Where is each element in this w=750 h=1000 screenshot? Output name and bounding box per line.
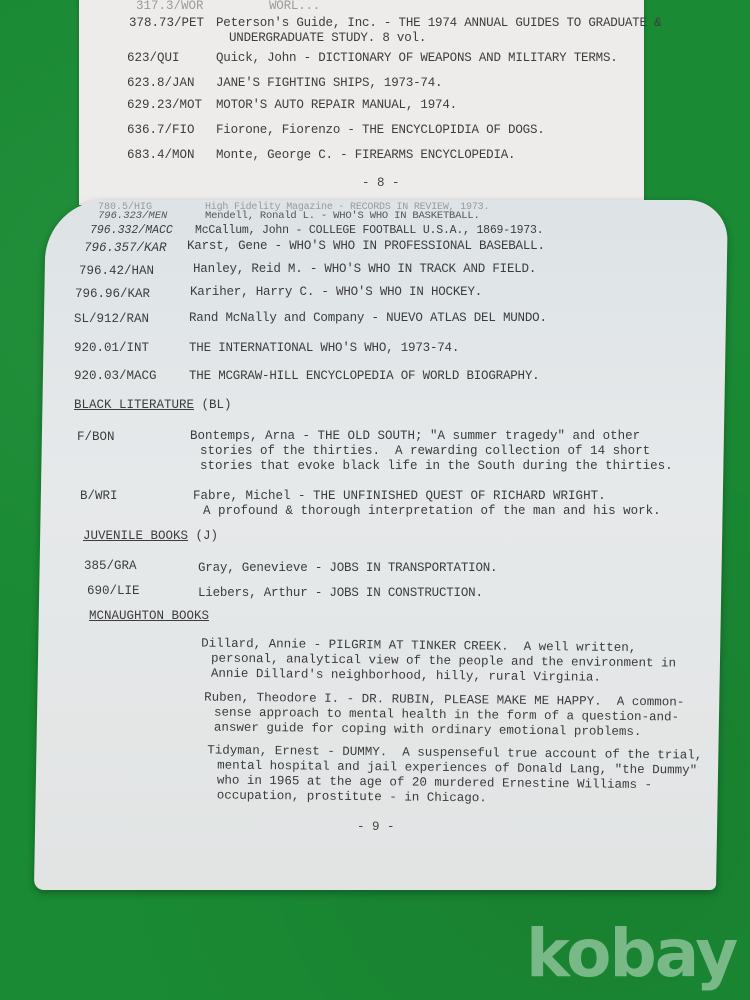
entry-text: Karst, Gene - WHO'S WHO IN PROFESSIONAL … xyxy=(187,239,545,253)
entry-text: Mendell, Ronald L. - WHO'S WHO IN BASKET… xyxy=(205,210,480,222)
call-number: 623.8/JAN xyxy=(127,76,195,90)
entry-text: JANE'S FIGHTING SHIPS, 1973-74. xyxy=(216,76,442,90)
entry-text: Liebers, Arthur - JOBS IN CONSTRUCTION. xyxy=(198,586,483,600)
call-number: F/BON xyxy=(77,430,115,444)
entry-text: McCallum, John - COLLEGE FOOTBALL U.S.A.… xyxy=(195,224,543,237)
entry-text: Kariher, Harry C. - WHO'S WHO IN HOCKEY. xyxy=(190,285,482,299)
section-heading-text: JUVENILE BOOKS xyxy=(83,529,188,543)
watermark-logo: kobay xyxy=(526,915,736,992)
entry-line: stories that evoke black life in the Sou… xyxy=(190,459,673,474)
call-number: 796.332/MACC xyxy=(90,224,173,237)
call-number: 796.42/HAN xyxy=(79,264,154,278)
call-number: 623/QUI xyxy=(127,51,180,65)
entry-text: Quick, John - DICTIONARY OF WEAPONS AND … xyxy=(216,51,618,65)
page-number: - 9 - xyxy=(357,820,395,834)
entry-text: THE MCGRAW-HILL ENCYCLOPEDIA OF WORLD BI… xyxy=(189,369,539,383)
entry-line: A profound & thorough interpretation of … xyxy=(193,504,661,519)
call-number: 317.3/WOR xyxy=(136,0,204,13)
entry-annotation: Tidyman, Ernest - DUMMY. A suspenseful t… xyxy=(207,743,703,808)
section-code: (J) xyxy=(196,529,219,543)
entry-line: stories of the thirties. A rewarding col… xyxy=(190,444,673,459)
entry-annotation: Dillard, Annie - PILGRIM AT TINKER CREEK… xyxy=(201,637,677,687)
entry-annotation: Ruben, Theodore I. - DR. RUBIN, PLEASE M… xyxy=(204,690,685,740)
entry-text: Gray, Genevieve - JOBS IN TRANSPORTATION… xyxy=(198,561,497,575)
entry-text: Fiorone, Fiorenzo - THE ENCYCLOPIDIA OF … xyxy=(216,123,545,137)
call-number: 796.323/MEN xyxy=(98,210,167,222)
call-number: 629.23/MOT xyxy=(127,98,202,112)
section-heading-text: MCNAUGHTON BOOKS xyxy=(89,609,209,623)
call-number: 690/LIE xyxy=(87,584,140,598)
section-heading-text: BLACK LITERATURE xyxy=(74,398,194,412)
entry-text-continued: UNDERGRADUATE STUDY. 8 vol. xyxy=(229,31,426,45)
entry-text: Monte, George C. - FIREARMS ENCYCLOPEDIA… xyxy=(216,148,515,162)
call-number: 683.4/MON xyxy=(127,148,195,162)
section-code: (BL) xyxy=(202,398,232,412)
call-number: SL/912/RAN xyxy=(74,312,149,326)
call-number: 920.03/MACG xyxy=(74,369,157,383)
page-number: - 8 - xyxy=(362,176,400,190)
entry-annotation: Fabre, Michel - THE UNFINISHED QUEST OF … xyxy=(193,489,661,519)
section-heading-juvenile-books: JUVENILE BOOKS (J) xyxy=(83,529,218,543)
call-number: 920.01/INT xyxy=(74,341,149,355)
entry-text: Rand McNally and Company - NUEVO ATLAS D… xyxy=(189,311,547,325)
section-heading-mcnaughton-books: MCNAUGHTON BOOKS xyxy=(89,609,209,623)
call-number: 636.7/FIO xyxy=(127,123,195,137)
entry-text: Hanley, Reid M. - WHO'S WHO IN TRACK AND… xyxy=(193,262,536,276)
entry-line: Fabre, Michel - THE UNFINISHED QUEST OF … xyxy=(193,489,661,504)
section-heading-black-literature: BLACK LITERATURE (BL) xyxy=(74,398,232,412)
entry-text: WORL... xyxy=(269,0,320,13)
entry-text: MOTOR'S AUTO REPAIR MANUAL, 1974. xyxy=(216,98,457,112)
page-8: 317.3/WOR WORL... 378.73/PET Peterson's … xyxy=(79,0,644,205)
entry-annotation: Bontemps, Arna - THE OLD SOUTH; "A summe… xyxy=(190,429,673,474)
call-number: 385/GRA xyxy=(84,559,137,573)
entry-text: THE INTERNATIONAL WHO'S WHO, 1973-74. xyxy=(189,341,459,355)
call-number: 796.96/KAR xyxy=(75,287,150,301)
call-number: 796.357/KAR xyxy=(84,241,167,255)
entry-line: Bontemps, Arna - THE OLD SOUTH; "A summe… xyxy=(190,429,673,444)
call-number: 378.73/PET xyxy=(129,16,204,30)
entry-text: Peterson's Guide, Inc. - THE 1974 ANNUAL… xyxy=(216,16,661,30)
call-number: B/WRI xyxy=(80,489,118,503)
